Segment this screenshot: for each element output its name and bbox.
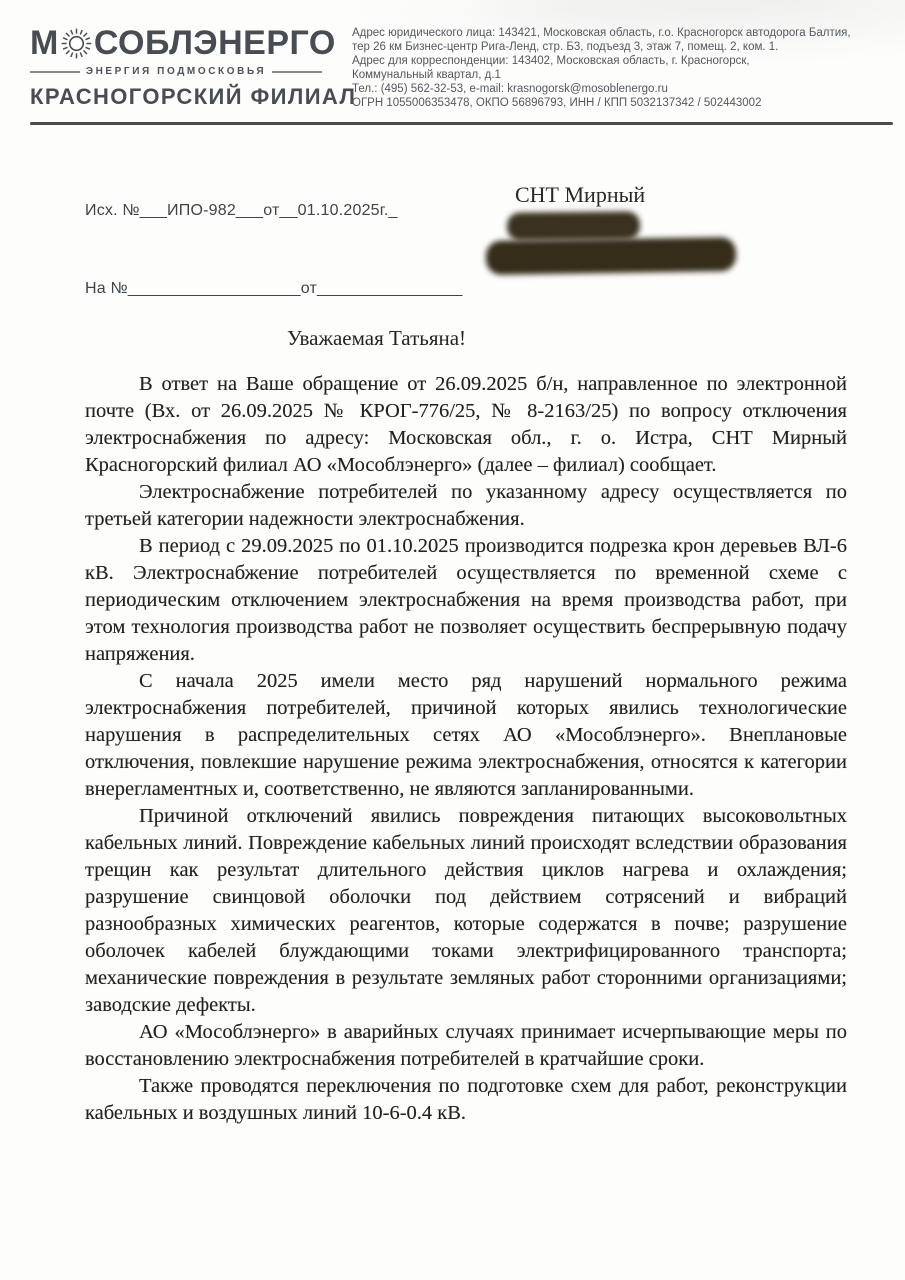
contact-line-legal-address-1: Адрес юридического лица: 143421, Московс… [352,27,894,41]
contact-line-legal-address-2: тер 26 км Бизнес-центр Рига-Ленд, стр. Б… [352,41,894,55]
body-paragraph-4: С начала 2025 имели место ряд нарушений … [85,668,847,803]
redaction-mark-2 [486,237,737,275]
body-paragraph-6: АО «Мособлэнерго» в аварийных случаях пр… [85,1019,847,1073]
scanned-letter-page: М [0,0,905,1280]
redaction-mark-1 [507,211,640,240]
logo-wordmark: М [30,24,320,63]
body-paragraph-3: В период с 29.09.2025 по 01.10.2025 прои… [85,533,847,668]
body-paragraph-5: Причиной отключений явились повреждения … [85,803,847,1019]
recipient-name: СНТ Мирный [515,182,645,208]
contact-line-phone-email: Тел.: (495) 562-32-53, e-mail: krasnogor… [352,83,894,97]
outgoing-number-line: Исх. №___ИПО-982___от__01.10.2025г._ [85,198,463,224]
body-paragraph-2: Электроснабжение потребителей по указанн… [85,479,847,533]
contact-info: Адрес юридического лица: 143421, Московс… [352,27,894,110]
body-paragraph-7: Также проводятся переключения по подгото… [85,1073,847,1127]
incoming-number-line: На №___________________от_______________… [85,276,463,302]
logo-tagline: ЭНЕРГИЯ ПОДМОСКОВЬЯ [86,66,266,77]
logo-letter-m: М [30,24,59,63]
logo-tagline-row: ЭНЕРГИЯ ПОДМОСКОВЬЯ [30,66,322,77]
tagline-rule-right [272,71,322,73]
contact-line-registration-numbers: ОГРН 1055006353478, ОКПО 56896793, ИНН /… [352,97,894,111]
tagline-rule-left [30,71,80,73]
salutation: Уважаемая Татьяна! [287,326,466,351]
reference-block: Исх. №___ИПО-982___от__01.10.2025г._ На … [85,146,463,354]
body-paragraph-1: В ответ на Ваше обращение от 26.09.2025 … [85,371,847,479]
header-divider [30,122,893,125]
letterhead: М [30,24,320,110]
contact-line-postal-address-2: Коммунальный квартал, д.1 [352,69,894,83]
contact-line-postal-address-1: Адрес для корреспонденции: 143402, Моско… [352,55,894,69]
sun-icon [60,27,93,60]
logo-wordmark-rest: СОБЛЭНЕРГО [94,24,336,63]
letter-body: В ответ на Ваше обращение от 26.09.2025 … [85,371,847,1127]
branch-name: КРАСНОГОРСКИЙ ФИЛИАЛ [30,84,320,110]
